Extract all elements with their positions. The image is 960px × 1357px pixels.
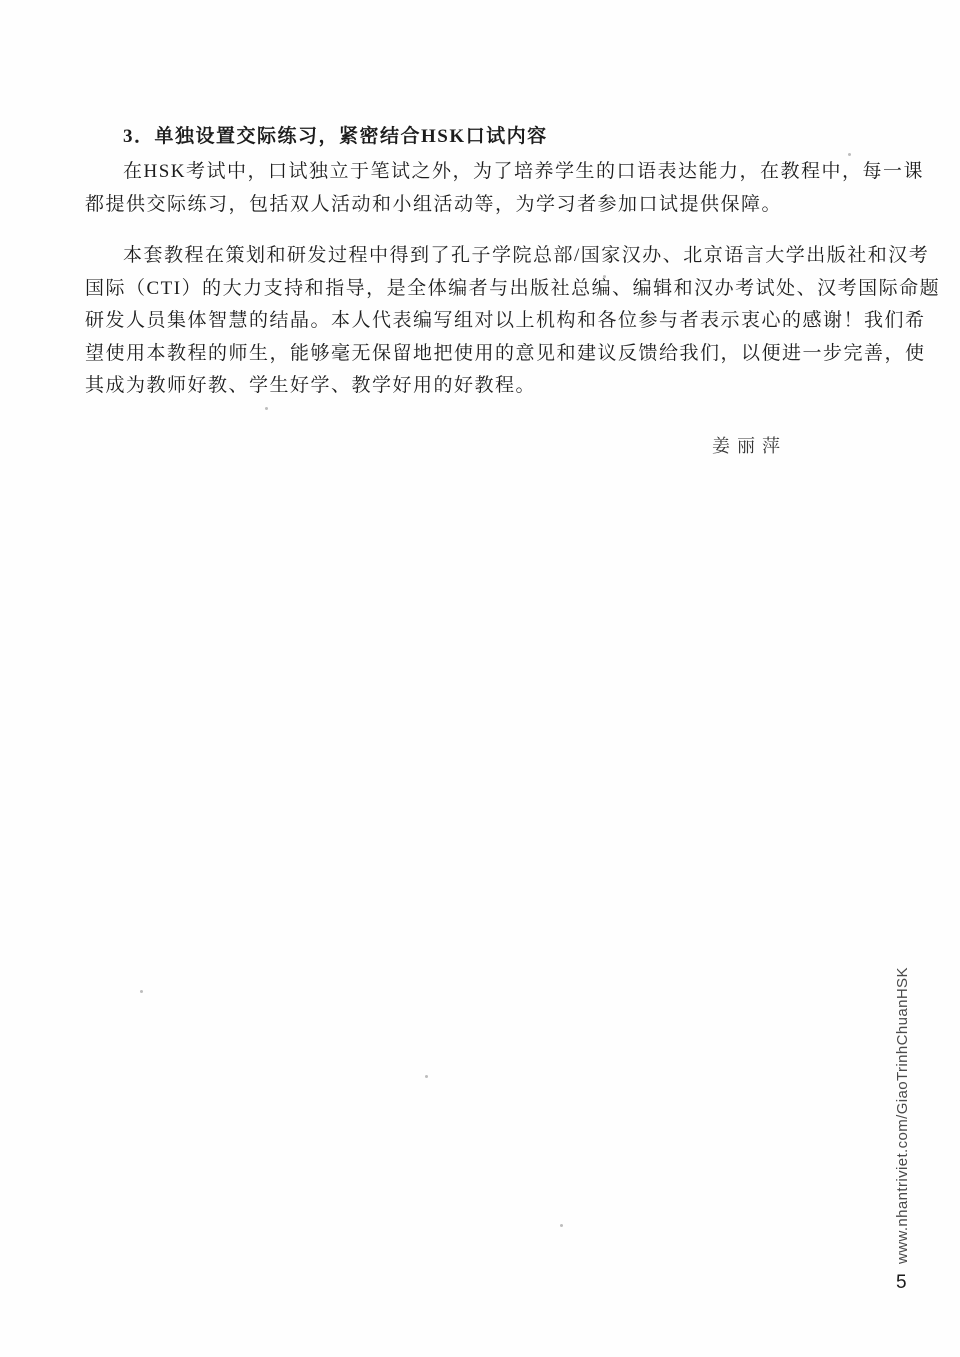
scan-speck [560, 1224, 563, 1227]
author-signature: 姜丽萍 [85, 431, 875, 461]
paragraph-line: 国际（CTI）的大力支持和指导，是全体编者与出版社总编、编辑和汉办考试处、汉考国… [85, 273, 875, 306]
paragraph-line: 其成为教师好教、学生好学、教学好用的好教程。 [85, 370, 875, 403]
paragraph-hsk-oral-test: 在HSK考试中，口试独立于笔试之外，为了培养学生的口语表达能力，在教程中，每一课… [85, 156, 875, 221]
scan-speck [265, 407, 268, 410]
scan-speck [603, 275, 606, 278]
scanned-document-page: 3．单独设置交际练习，紧密结合HSK口试内容 在HSK考试中，口试独立于笔试之外… [0, 0, 960, 1357]
paragraph-line: 在HSK考试中，口试独立于笔试之外，为了培养学生的口语表达能力，在教程中，每一课 [85, 156, 875, 189]
scan-speck [848, 153, 851, 156]
scan-speck [425, 1075, 428, 1078]
paragraph-acknowledgements: 本套教程在策划和研发过程中得到了孔子学院总部/国家汉办、北京语言大学出版社和汉考… [85, 240, 875, 403]
paragraph-line: 望使用本教程的师生，能够毫无保留地把使用的意见和建议反馈给我们，以便进一步完善，… [85, 338, 875, 371]
paragraph-line: 都提供交际练习，包括双人活动和小组活动等，为学习者参加口试提供保障。 [85, 189, 875, 222]
paragraph-line: 本套教程在策划和研发过程中得到了孔子学院总部/国家汉办、北京语言大学出版社和汉考 [85, 240, 875, 273]
section-heading: 3．单独设置交际练习，紧密结合HSK口试内容 [85, 124, 875, 150]
scan-speck [140, 990, 143, 993]
page-number: 5 [896, 1272, 907, 1294]
paragraph-line: 研发人员集体智慧的结晶。本人代表编写组对以上机构和各位参与者表示衷心的感谢！我们… [85, 305, 875, 338]
site-watermark: www.nhantriviet.com/GiaoTrinhChuanHSK [894, 967, 911, 1264]
